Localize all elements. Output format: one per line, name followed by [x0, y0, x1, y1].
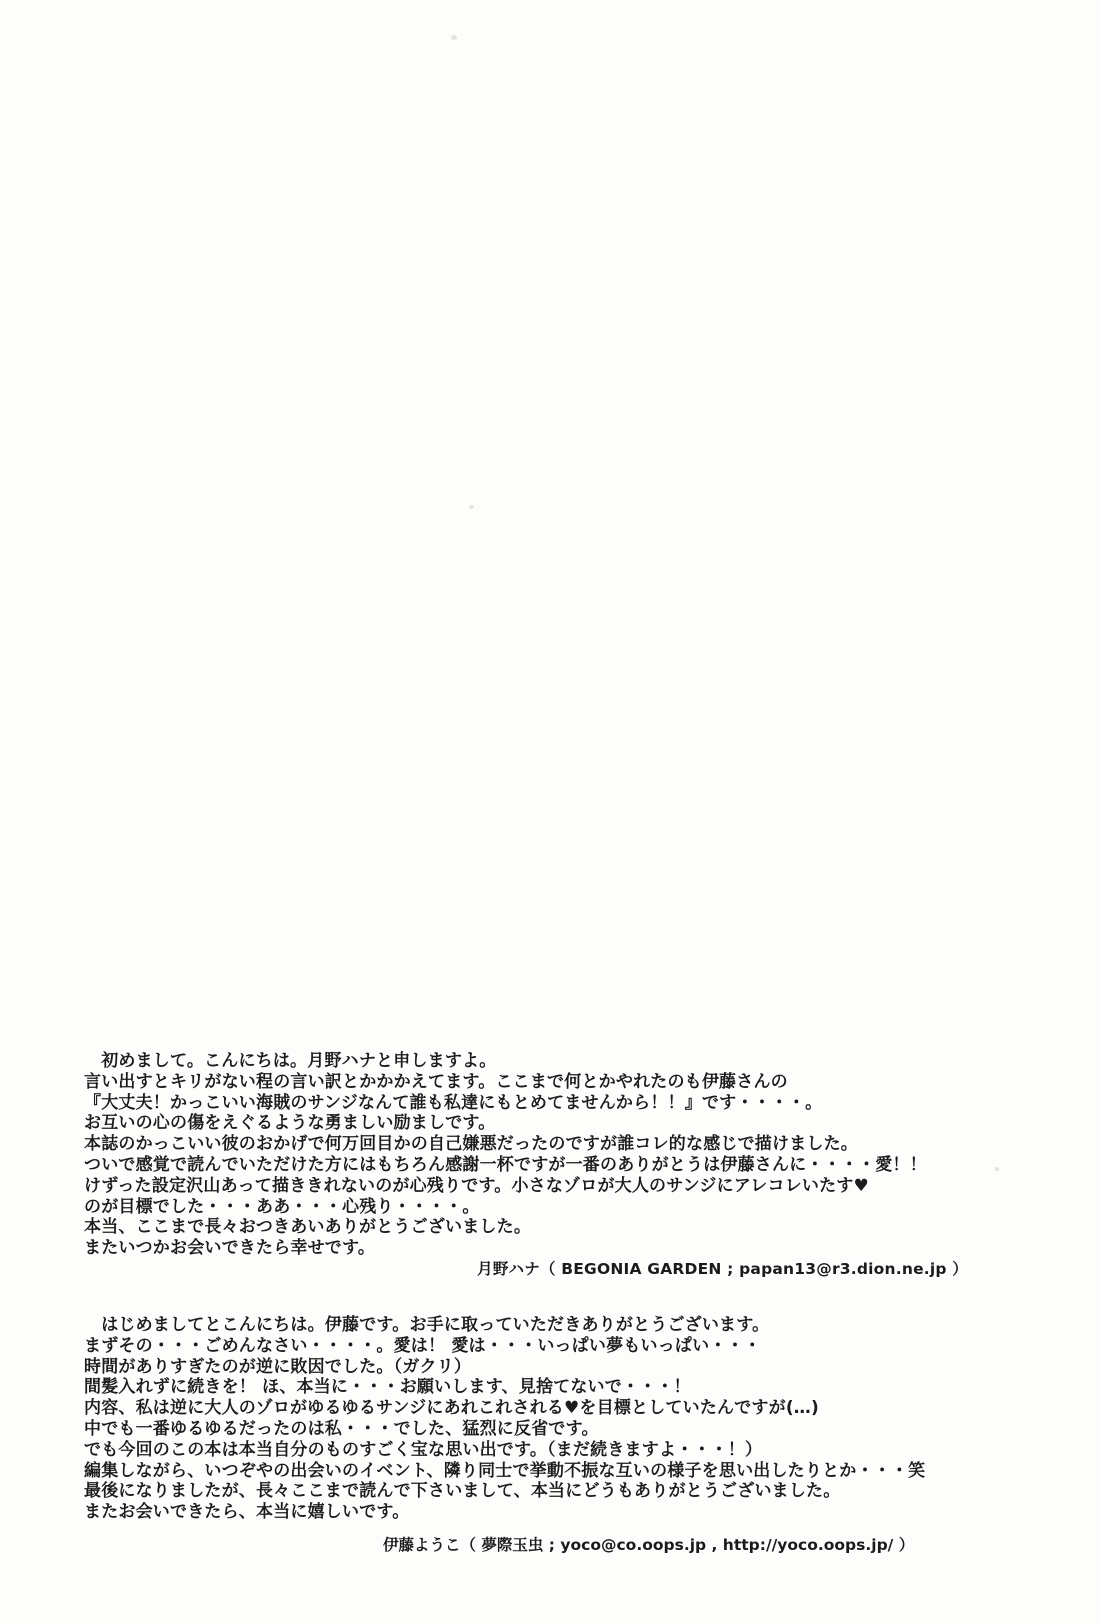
- tsukino-signature: 月野ハナ（ BEGONIA GARDEN ; papan13@r3.dion.n…: [84, 1259, 968, 1279]
- scanned-page: 初めまして。こんにちは。月野ハナと申しますよ。言い出すとキリがない程の言い訳とか…: [0, 0, 1100, 1624]
- text-line: まずその・・・ごめんなさい・・・・。愛は！ 愛は・・・いっぱい夢もいっぱい・・・: [84, 1336, 1024, 1357]
- text-line: ついで感覚で読んでいただけた方にはもちろん感謝一杯ですが一番のありがとうは伊藤さ…: [84, 1155, 1024, 1176]
- text-line: はじめましてとこんにちは。伊藤です。お手に取っていただきありがとうございます。: [84, 1315, 1024, 1336]
- afterword-ito: はじめましてとこんにちは。伊藤です。お手に取っていただきありがとうございます。ま…: [84, 1315, 1024, 1523]
- text-line: 本誌のかっこいい彼のおかげで何万回目かの自己嫌悪だったのですが誰コレ的な感じで描…: [84, 1134, 1024, 1155]
- scan-speck: [451, 35, 457, 40]
- text-line: 『大丈夫！かっこいい海賊のサンジなんて誰も私達にもとめてませんから！！』です・・…: [84, 1093, 1024, 1114]
- text-line: 言い出すとキリがない程の言い訳とかかかえてます。ここまで何とかやれたのも伊藤さん…: [84, 1072, 1024, 1093]
- afterword-tsukino-lines: 初めまして。こんにちは。月野ハナと申しますよ。言い出すとキリがない程の言い訳とか…: [84, 1051, 1024, 1259]
- text-line: 間髪入れずに続きを！ ほ、本当に・・・お願いします、見捨てないで・・・！: [84, 1377, 1024, 1398]
- text-line: 初めまして。こんにちは。月野ハナと申しますよ。: [84, 1051, 1024, 1072]
- text-line: 本当、ここまで長々おつきあいありがとうございました。: [84, 1217, 1024, 1238]
- text-line: お互いの心の傷をえぐるような勇ましい励ましです。: [84, 1113, 1024, 1134]
- text-line: またいつかお会いできたら幸せです。: [84, 1238, 1024, 1259]
- afterword-tsukino: 初めまして。こんにちは。月野ハナと申しますよ。言い出すとキリがない程の言い訳とか…: [84, 1051, 1024, 1279]
- text-line: でも今回のこの本は本当自分のものすごく宝な思い出です。（まだ続きますよ・・・！）: [84, 1440, 1024, 1461]
- text-line: けずった設定沢山あって描ききれないのが心残りです。小さなゾロが大人のサンジにアレ…: [84, 1176, 1024, 1197]
- scan-speck: [469, 505, 474, 509]
- text-line: 編集しながら、いつぞやの出会いのイベント、隣り同士で挙動不振な互いの様子を思い出…: [84, 1461, 1024, 1482]
- text-line: またお会いできたら、本当に嬉しいです。: [84, 1502, 1024, 1523]
- ito-signature: 伊藤ようこ（ 夢際玉虫 ; yoco@co.oops.jp , http://y…: [383, 1533, 914, 1555]
- text-line: 時間がありすぎたのが逆に敗因でした。（ガクリ）: [84, 1357, 1024, 1378]
- text-line: 最後になりましたが、長々ここまで読んで下さいまして、本当にどうもありがとうござい…: [84, 1481, 1024, 1502]
- afterword-ito-lines: はじめましてとこんにちは。伊藤です。お手に取っていただきありがとうございます。ま…: [84, 1315, 1024, 1523]
- text-line: のが目標でした・・・ああ・・・心残り・・・・。: [84, 1197, 1024, 1218]
- text-line: 中でも一番ゆるゆるだったのは私・・・でした、猛烈に反省です。: [84, 1419, 1024, 1440]
- text-line: 内容、私は逆に大人のゾロがゆるゆるサンジにあれこれされる♥を目標としていたんです…: [84, 1398, 1024, 1419]
